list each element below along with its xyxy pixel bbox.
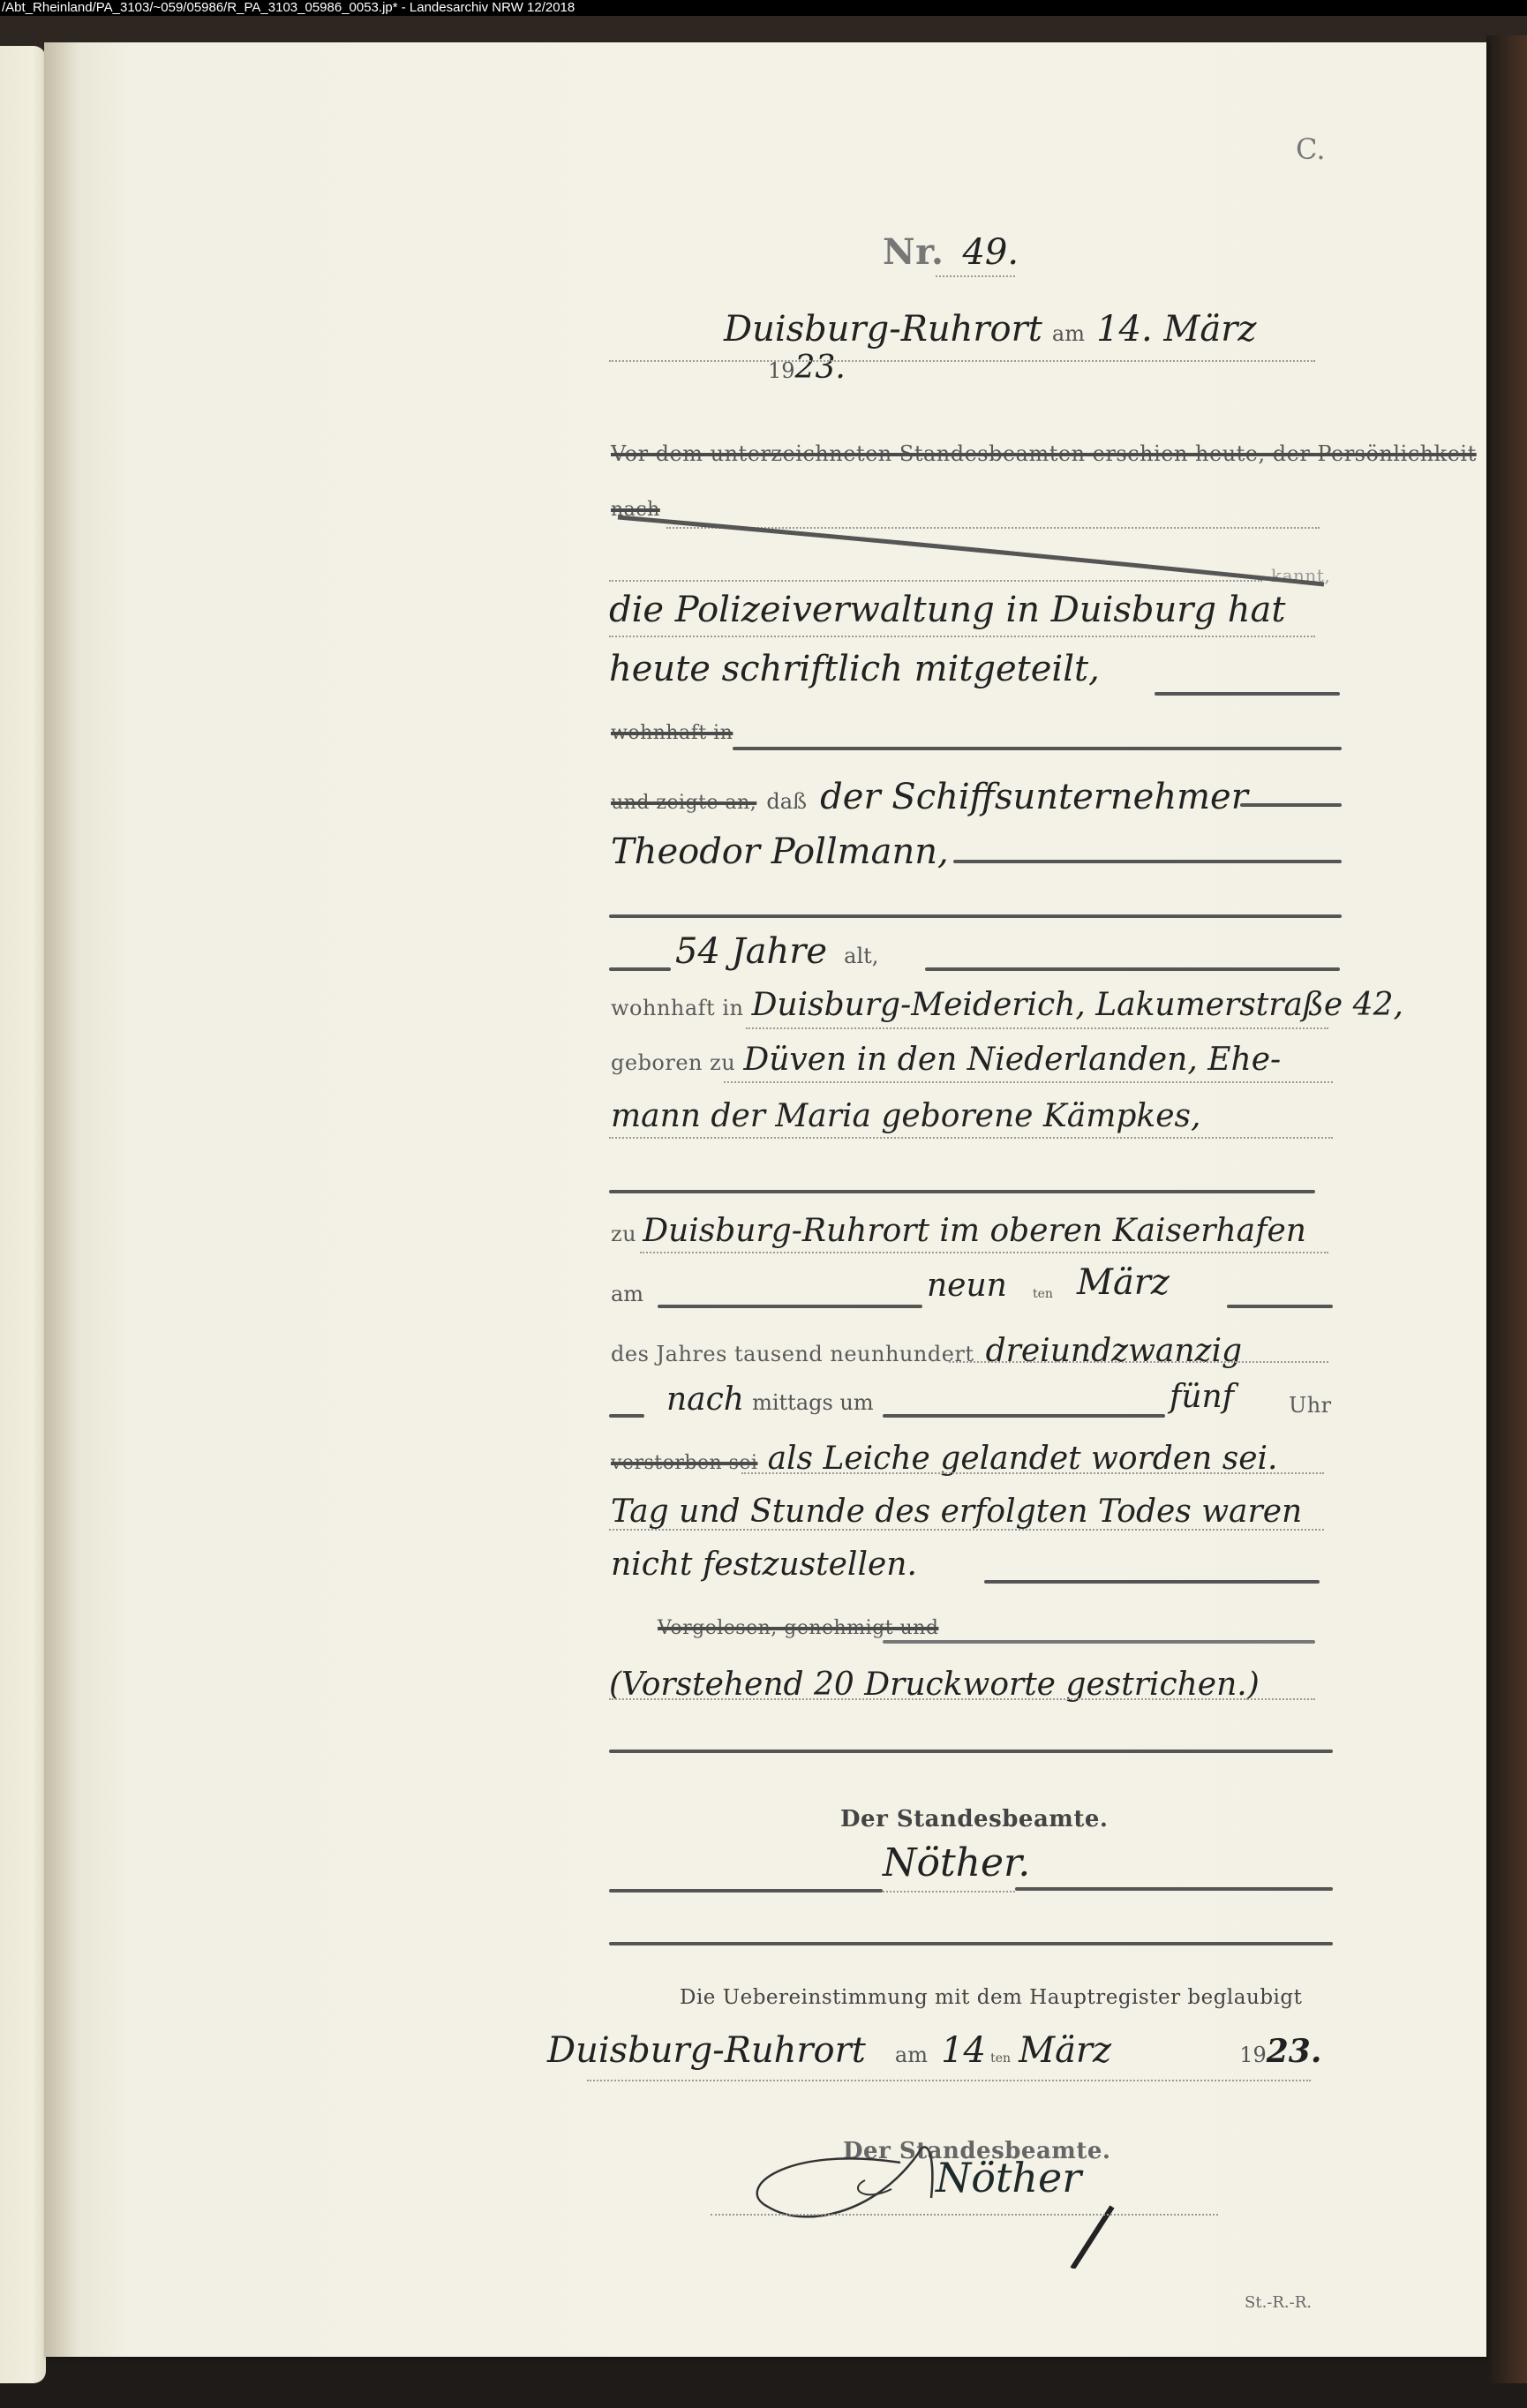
header-place: Duisburg-Ruhrort <box>724 309 1042 350</box>
remarks-fill-rule <box>984 1580 1320 1584</box>
deceased-occupation-row: und zeigte an, daß der Schiffsunternehme… <box>611 777 1248 817</box>
death-month: März <box>1077 1262 1170 1303</box>
document-page <box>44 42 1486 2357</box>
vorgelesen-fill-rule <box>883 1640 1315 1644</box>
remarks-line2: Tag und Stunde des erfolgten Todes waren <box>611 1494 1302 1530</box>
death-year-row: des Jahres tausend neunhundert dreiundzw… <box>611 1333 1242 1369</box>
deceased-name: Theodor Pollmann, <box>611 832 949 872</box>
header-place-date: Duisburg-Ruhrort am 14. März 1923. <box>724 309 1342 386</box>
informant-line2: heute schriftlich mitgeteilt, <box>609 649 1100 689</box>
number-label: Nr. <box>883 231 944 273</box>
remarks-dotted-1 <box>741 1472 1324 1474</box>
informant-dotted-1 <box>609 636 1315 637</box>
window-title-bar: /Abt_Rheinland/PA_3103/~059/05986/R_PA_3… <box>0 0 1527 16</box>
struck-residence-label: wohnhaft in <box>611 722 733 744</box>
deceased-occupation: der Schiffsunternehmer <box>820 777 1248 817</box>
cert-ten-label: ten <box>990 2051 1011 2066</box>
cert-place: Duisburg-Ruhrort <box>547 2030 866 2071</box>
signature-dotted <box>883 1891 1015 1893</box>
blank-rule-2 <box>609 1190 1315 1193</box>
cert-year-suffix: 23. <box>1267 2033 1322 2070</box>
cert-signature-dotted <box>711 2214 1218 2216</box>
death-year-value: dreiundzwanzig <box>986 1333 1242 1369</box>
header-am-label: am <box>1052 321 1085 346</box>
death-time-prefix: nach <box>666 1381 744 1418</box>
age-row: 54 Jahre alt, <box>675 931 878 972</box>
birth-dotted-2 <box>609 1137 1333 1139</box>
birth-row: geboren zu Düven in den Niederlanden, Eh… <box>611 1042 1281 1078</box>
death-time-uhr: Uhr <box>1289 1393 1332 1418</box>
certification-text: Die Uebereinstimmung mit dem Hauptregist… <box>680 1986 1302 2009</box>
blank-rule-1 <box>609 914 1342 918</box>
cert-am-label: am <box>895 2043 928 2067</box>
residence-row: wohnhaft in Duisburg-Meiderich, Lakumers… <box>611 987 1403 1023</box>
birth-line1: Düven in den Niederlanden, Ehe- <box>743 1042 1281 1078</box>
remarks-row-1: verstorben sei als Leiche gelandet worde… <box>611 1441 1277 1477</box>
blank-rule-3 <box>609 1750 1333 1753</box>
blank-rule-4 <box>609 1942 1333 1945</box>
cert-month: März <box>1019 2030 1111 2071</box>
death-year-label: des Jahres tausend neunhundert <box>611 1342 974 1366</box>
signature-rule-right <box>1015 1887 1333 1891</box>
informant-fill-rule <box>1155 692 1340 696</box>
name-fill-rule <box>953 860 1342 863</box>
signature-rule-left <box>609 1889 883 1893</box>
left-page-edge <box>0 46 46 2383</box>
death-time-mittags: mittags um <box>752 1390 874 1415</box>
birth-line2: mann der Maria geborene Kämpkes, <box>611 1098 1200 1134</box>
residence-fill-rule <box>733 747 1342 750</box>
death-time-hour: fünf <box>1170 1379 1234 1415</box>
registrar-signature: Nöther. <box>883 1840 1030 1885</box>
informant-line1: die Polizeiverwaltung in Duisburg hat <box>609 590 1285 630</box>
correction-note: (Vorstehend 20 Druckworte gestrichen.) <box>609 1667 1260 1703</box>
cert-year-prefix: 19 <box>1239 2043 1267 2067</box>
death-date-fill-rule <box>1227 1305 1333 1308</box>
registrar-title: Der Standesbeamte. <box>840 1806 1108 1832</box>
number-dotted-line <box>936 275 1015 277</box>
dass-label: daß <box>766 789 807 814</box>
remarks-dotted-2 <box>609 1529 1324 1531</box>
death-am-label: am <box>611 1282 643 1306</box>
death-day: neun <box>927 1268 1007 1304</box>
struck-preamble-line1: Vor dem unterzeichneten Standesbeamten e… <box>611 441 1477 466</box>
remarks-line1: als Leiche gelandet worden sei. <box>768 1441 1278 1477</box>
death-place-row: zu Duisburg-Ruhrort im oberen Kaiserhafe… <box>611 1213 1306 1249</box>
header-dotted-line <box>609 360 1315 362</box>
cert-dotted <box>587 2080 1311 2081</box>
death-time-fill-rule <box>883 1414 1165 1418</box>
certification-place-date: Duisburg-Ruhrort am 14 ten März 1923. <box>547 2030 1342 2071</box>
form-code: St.-R.-R. <box>1245 2293 1312 2312</box>
window-title: /Abt_Rheinland/PA_3103/~059/05986/R_PA_3… <box>2 0 575 15</box>
corner-mark: C. <box>1296 132 1326 166</box>
age-value: 54 Jahre <box>675 931 827 972</box>
header-year-prefix: 19 <box>768 358 795 383</box>
remarks-line3: nicht festzustellen. <box>611 1546 917 1583</box>
cert-day: 14 <box>941 2030 986 2071</box>
book-binding-edge <box>1486 35 1527 2383</box>
header-year-suffix: 23. <box>795 350 846 386</box>
correction-dotted <box>609 1698 1315 1700</box>
death-time-row: nach mittags um <box>666 1381 874 1418</box>
death-place-value: Duisburg-Ruhrort im oberen Kaiserhafen <box>643 1213 1306 1249</box>
death-place-label: zu <box>611 1222 636 1246</box>
record-number: Nr. 49. <box>883 231 1019 273</box>
struck-zeigte-label: und zeigte an, <box>611 792 756 814</box>
struck-verstorben-label: verstorben sei <box>611 1452 757 1474</box>
death-year-dotted <box>949 1361 1328 1363</box>
death-ten-label: ten <box>1033 1287 1053 1301</box>
residence-label: wohnhaft in <box>611 996 743 1020</box>
occupation-fill-rule <box>1240 803 1342 807</box>
age-lead-rule <box>609 967 671 971</box>
page-gutter-shadow <box>44 42 79 2357</box>
death-time-lead-rule <box>609 1414 644 1418</box>
birth-dotted-1 <box>724 1081 1333 1083</box>
age-label: alt, <box>844 944 878 968</box>
death-place-dotted <box>640 1252 1328 1253</box>
residence-value: Duisburg-Meiderich, Lakumerstraße 42, <box>752 987 1403 1023</box>
struck-vorgelesen: Vorgelesen, genehmigt und <box>658 1617 938 1639</box>
header-date: 14. März <box>1096 309 1256 350</box>
diagonal-strike-line <box>609 512 1333 591</box>
death-date-lead-rule <box>658 1305 922 1308</box>
residence-dotted <box>746 1027 1328 1029</box>
cert-registrar-signature: Nöther <box>936 2154 1081 2201</box>
age-fill-rule <box>925 967 1340 971</box>
number-value: 49. <box>962 232 1019 273</box>
birth-label: geboren zu <box>611 1050 735 1075</box>
